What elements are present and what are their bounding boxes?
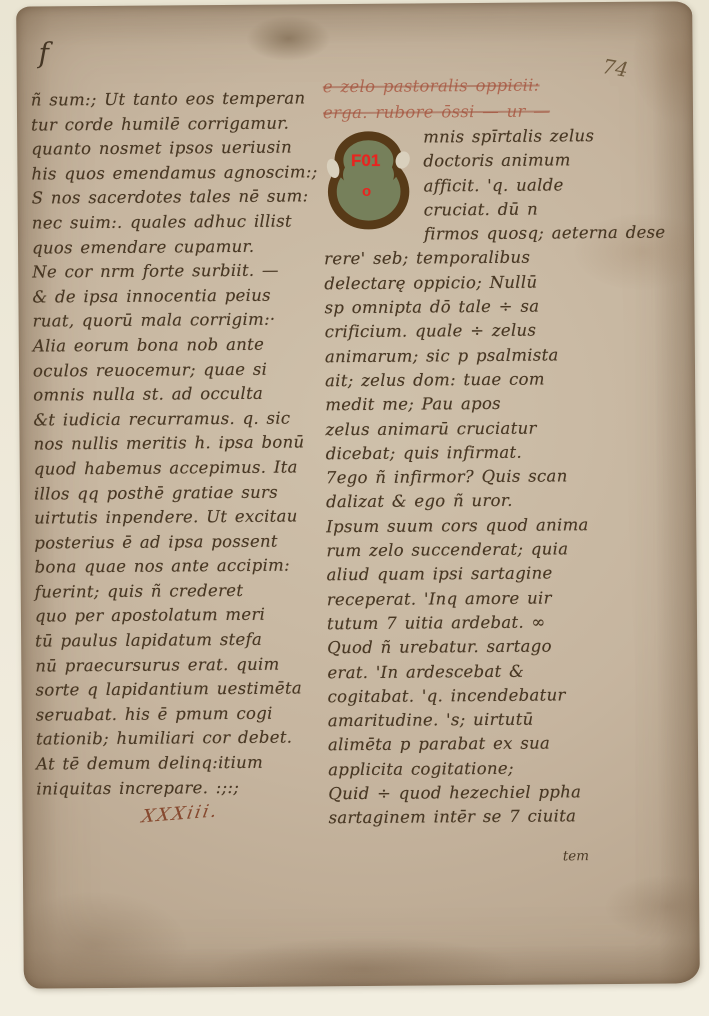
photo-background: f 74 ñ sum:; Ut tanto eos temperantur co… xyxy=(0,0,709,1016)
corner-cross-mark: f xyxy=(38,36,49,69)
text-line: &t iudicia recurramus. q. sic xyxy=(33,406,331,433)
text-line: oculos reuocemur; quae si xyxy=(33,357,331,384)
text-line: receperat. 'Inq amore uir xyxy=(327,585,683,612)
text-line: seruabat. his ē pmum cogi xyxy=(36,701,334,728)
left-column-lines: ñ sum:; Ut tanto eos temperantur corde h… xyxy=(31,86,335,802)
text-line: animarum; sic p psalmista xyxy=(325,342,681,369)
text-line: e zelo pastoralis oppicii: xyxy=(323,71,679,100)
text-line: Ne cor nrm forte surbiit. — xyxy=(32,258,330,285)
catchword: tem xyxy=(563,848,589,864)
text-line: cogitabat. 'q. incendebatur xyxy=(327,682,683,709)
text-line: quanto nosmet ipsos ueriusin xyxy=(31,135,329,162)
text-line: medit me; Pau apos xyxy=(325,391,681,418)
right-column-body: mnis spīrtalis zelusdoctoris animumaffic… xyxy=(323,123,685,830)
text-line: erat. 'In ardescebat & xyxy=(327,658,683,685)
text-line: sp omnipta dō tale ÷ sa xyxy=(324,294,680,321)
text-line: tū paulus lapidatum stefa xyxy=(35,627,333,654)
annotation-marker-o: o xyxy=(362,183,371,200)
text-line: uirtutis inpendere. Ut excitau xyxy=(34,504,332,531)
text-line: illos qq posthē gratiae surs xyxy=(34,480,332,507)
quire-signature: XXXiii. xyxy=(140,800,220,827)
text-line: fuerint; quis ñ crederet xyxy=(35,578,333,605)
text-line: & de ipsa innocentia peius xyxy=(32,283,330,310)
text-line: tur corde humilē corrigamur. xyxy=(31,111,329,138)
text-line: his quos emendamus agnoscim:; xyxy=(31,160,329,187)
text-line: Quod ñ urebatur. sartago xyxy=(327,634,683,661)
text-line: dalizat & ego ñ uror. xyxy=(326,488,682,515)
text-line: quos emendare cupamur. xyxy=(32,234,330,261)
text-line: omnis nulla st. ad occulta xyxy=(33,381,331,408)
manuscript-page: f 74 ñ sum:; Ut tanto eos temperantur co… xyxy=(16,1,700,988)
text-line: amaritudine. 's; uirtutū xyxy=(328,707,684,734)
text-line: At tē demum delinq:itium xyxy=(36,750,334,777)
text-line: posterius ē ad ipsa possent xyxy=(34,529,332,556)
text-line: quo per apostolatum meri xyxy=(35,603,333,630)
text-line: aliud quam ipsi sartagine xyxy=(327,561,683,588)
text-line: crificium. quale ÷ zelus xyxy=(325,318,681,345)
text-line: alimēta p parabat ex sua xyxy=(328,731,684,758)
text-line: quod habemus accepimus. Ita xyxy=(34,455,332,482)
text-line: Alia eorum bona nob ante xyxy=(33,332,331,359)
text-line: erga. rubore ōssi — ur — xyxy=(323,97,679,126)
text-line: rere' seb; temporalibus xyxy=(324,245,680,272)
text-line: rum zelo succenderat; quia xyxy=(326,537,682,564)
text-line: tationib; humiliari cor debet. xyxy=(36,726,334,753)
left-text-column: ñ sum:; Ut tanto eos temperantur corde h… xyxy=(31,86,335,802)
text-line: nū praecursurus erat. quim xyxy=(35,652,333,679)
annotation-label-f01: F01 xyxy=(351,151,380,171)
text-line: sartaginem intēr se 7 ciuita xyxy=(328,804,684,831)
text-line: dicebat; quis infirmat. xyxy=(326,439,682,466)
text-line: zelus animarū cruciatur xyxy=(325,415,681,442)
text-line: nos nullis meritis h. ipsa bonū xyxy=(34,431,332,458)
text-line: nec suim:. quales adhuc illist xyxy=(32,209,330,236)
text-line: delectarę oppicio; Nullū xyxy=(324,269,680,296)
text-line: ruat, quorū mala corrigim:· xyxy=(33,308,331,335)
text-line: Ipsum suum cors quod anima xyxy=(326,512,682,539)
text-line: Quid ÷ quod hezechiel ppha xyxy=(328,779,684,806)
text-line: iniquitas increpare. :;:; xyxy=(36,775,334,802)
text-line: ñ sum:; Ut tanto eos temperan xyxy=(31,86,329,113)
text-line: S nos sacerdotes tales nē sum: xyxy=(32,185,330,212)
rubric-heading: e zelo pastoralis oppicii:erga. rubore ō… xyxy=(323,71,679,126)
illuminated-initial-O xyxy=(323,130,414,231)
text-line: sorte q lapidantium uestimēta xyxy=(35,676,333,703)
text-line: bona quae nos ante accipim: xyxy=(34,553,332,580)
right-text-column: e zelo pastoralis oppicii:erga. rubore ō… xyxy=(323,71,685,830)
text-line: tutum 7 uitia ardebat. ∞ xyxy=(327,609,683,636)
text-line: applicita cogitatione; xyxy=(328,755,684,782)
text-line: 7ego ñ infirmor? Quis scan xyxy=(326,464,682,491)
text-line: ait; zelus dom: tuae com xyxy=(325,366,681,393)
